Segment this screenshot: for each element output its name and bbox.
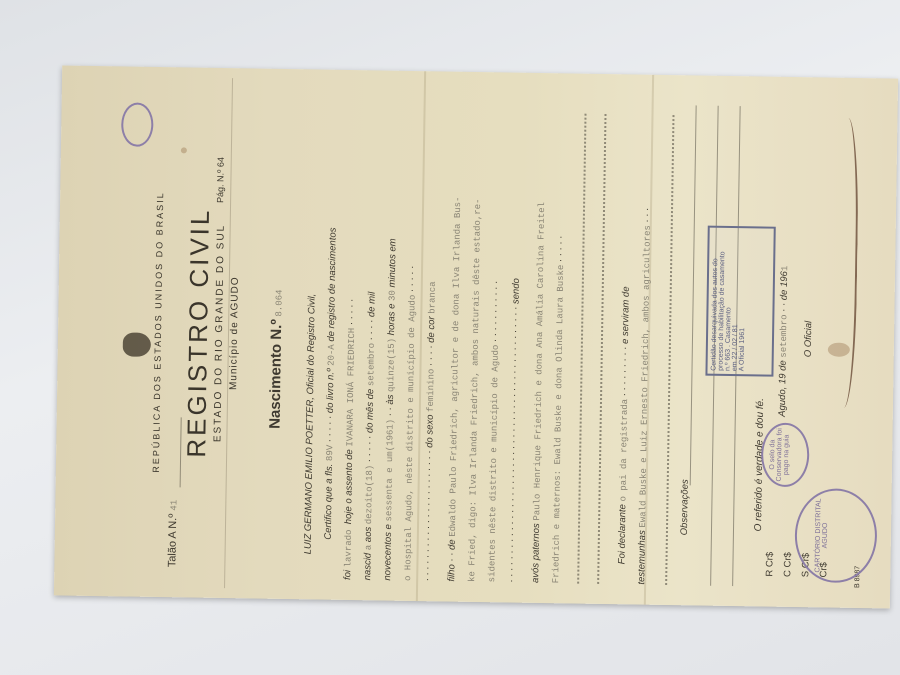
- city-date-line: Agudo, 19 de setembro · · de 1961: [777, 266, 790, 417]
- republic-heading: REPÚBLICA DOS ESTADOS UNIDOS DO BRASIL: [149, 67, 167, 597]
- coat-of-arms-icon: [123, 332, 151, 356]
- place-line: o Hospital Agudo, nêste distrito e munic…: [402, 266, 418, 581]
- birth-certificate-paper: Talão A N.º 41 Pág. N.º 64 REPÚBLICA DOS…: [54, 65, 898, 608]
- officer-line: LUIZ GERMANO EMILIO POETTER, Oficial do …: [303, 294, 318, 555]
- grandparents-line-1: avós paternos Paulo Henrique Friedrich e…: [530, 202, 547, 583]
- parents-line-1: filho · · de Edwaldo Paulo Friedrich, ag…: [446, 196, 463, 581]
- official-signature: [827, 118, 860, 408]
- grandparents-line-2: Friedrich e maternos: Ewald Buske e dona…: [550, 236, 566, 584]
- corner-stamp: [121, 102, 154, 146]
- year-line: novecentos e sessenta e um(1961) · · às …: [382, 238, 398, 580]
- selo-stamp: O selo da Conservadora foi pago na guia: [761, 422, 810, 487]
- sex-line: · · · · · · · · · · · · · · · · · · · · …: [422, 281, 438, 581]
- fee-r: R Cr$: [764, 552, 775, 577]
- talao-field: Talão A N.º 41: [166, 500, 179, 568]
- sendo-line: · · · · · · · · · · · · · · · · · · · · …: [506, 278, 522, 583]
- cartorio-stamp: CARTÓRIO DISTRITAL AGUDO: [794, 488, 877, 583]
- declarante-line: Foi declarante o pai da registrada · · ·…: [616, 286, 631, 564]
- fee-c: C Cr$: [782, 552, 793, 577]
- official-label: O Oficial: [803, 321, 815, 358]
- parents-line-3: sidentes nêste distrito e município de A…: [486, 281, 502, 583]
- rotated-document-content: Talão A N.º 41 Pág. N.º 64 REPÚBLICA DOS…: [54, 65, 898, 608]
- certificate-number: Nascimento N.º 8.064: [267, 289, 286, 429]
- certifico-line: Certifico que a fls. 89V · · · · · do li…: [323, 227, 339, 539]
- observations-label: Observações: [679, 479, 691, 535]
- foi-line: foi lavrado hoje o assento de IVANARA IO…: [342, 299, 357, 580]
- parents-line-2: ke Fried, digo: Ilva Irlanda Friedrich, …: [466, 198, 483, 582]
- witnesses-line: testemunhas Ewald Buske e Luiz Ernesto F…: [636, 208, 653, 585]
- nascid-line: nascid a aos dezoito(18) · · · · · do mê…: [362, 292, 378, 581]
- unarchived-stamp: Certidão desarquivada dos autos do proce…: [705, 226, 775, 377]
